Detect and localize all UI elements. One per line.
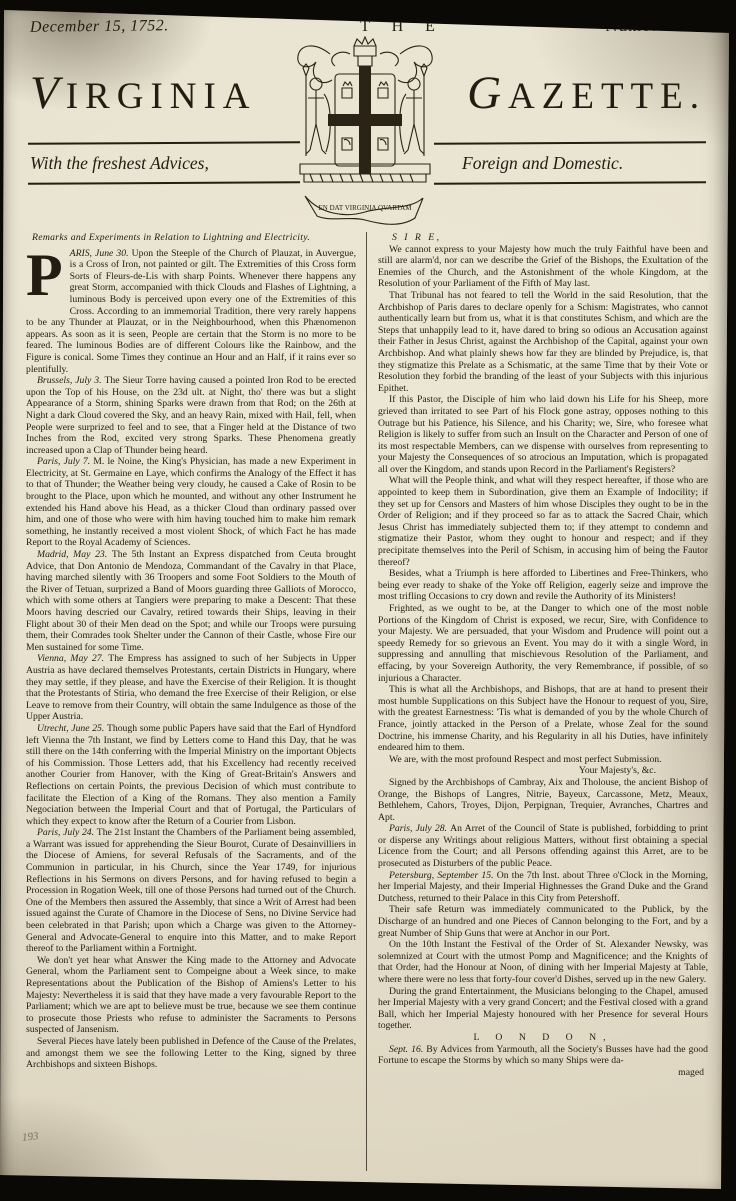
section-heading: Remarks and Experiments in Relation to L…	[26, 232, 356, 244]
dateline: Utrecht, June 25.	[37, 723, 107, 734]
paper-title-gazette: GAZETTE.	[434, 66, 706, 120]
dateline: Paris, July 7.	[37, 456, 93, 467]
paragraph: This is what all the Archbishops, and Bi…	[378, 684, 708, 754]
newspaper-page: December 15, 1752. T H E Numb. 101. VIRG…	[0, 0, 736, 1201]
page-header: December 15, 1752. T H E Numb. 101.	[30, 16, 696, 36]
tagline-left: With the freshest Advices,	[30, 153, 300, 174]
paragraph: On the 10th Instant the Festival of the …	[378, 939, 708, 985]
paragraph: If this Pastor, the Disciple of him who …	[378, 394, 708, 475]
paragraph: Paris, July 28. An Arret of the Council …	[378, 823, 708, 869]
rule-line	[434, 141, 706, 144]
paragraph: Brussels, July 3. The Sieur Torre having…	[26, 375, 356, 456]
left-column: Remarks and Experiments in Relation to L…	[26, 232, 366, 1171]
rule-line	[28, 181, 300, 184]
issue-number: Numb. 101.	[605, 16, 696, 36]
dropcap-letter: P	[26, 248, 70, 313]
catchword: maged	[378, 1067, 708, 1079]
masthead-right-block: GAZETTE. Foreign and Domestic.	[434, 42, 706, 184]
paragraph: During the grand Entertainment, the Musi…	[378, 986, 708, 1032]
paragraph: Vienna, May 27. The Empress has assigned…	[26, 653, 356, 723]
paragraph: Petersburg, September 15. On the 7th Ins…	[378, 870, 708, 905]
masthead-the: T H E	[330, 18, 444, 36]
dateline: Brussels, July 3.	[37, 375, 104, 386]
paragraph: Several Pieces have lately been publishe…	[26, 1036, 356, 1071]
paragraph: Madrid, May 23. The 5th Instant an Expre…	[26, 549, 356, 653]
dateline: Madrid, May 23.	[37, 549, 112, 560]
dateline: Vienna, May 27.	[37, 653, 108, 664]
issue-date: December 15, 1752.	[30, 17, 169, 36]
paragraph: Signed by the Archbishops of Cambray, Ai…	[378, 777, 708, 823]
masthead: VIRGINIA With the freshest Advices, GAZE…	[24, 42, 706, 230]
article-body: Remarks and Experiments in Relation to L…	[26, 232, 708, 1171]
dateline-heading: L O N D O N,	[378, 1032, 708, 1044]
right-column: S I R E,We cannot express to your Majest…	[366, 232, 708, 1171]
paragraph: We cannot express to your Majesty how mu…	[378, 244, 708, 290]
paragraph: PARIS, June 30. Upon the Steeple of the …	[26, 248, 356, 376]
paragraph: We don't yet hear what Answer the King m…	[26, 955, 356, 1036]
paragraph: Sept. 16. By Advices from Yarmouth, all …	[378, 1044, 708, 1067]
paragraph: Paris, July 7. M. le Noine, the King's P…	[26, 456, 356, 549]
paragraph: Paris, July 24. The 21st Instant the Cha…	[26, 827, 356, 955]
paragraph: Your Majesty's, &c.	[378, 765, 708, 777]
tagline-right: Foreign and Domestic.	[462, 153, 706, 174]
dateline: Petersburg, September 15.	[389, 870, 497, 881]
dateline: ARIS, June 30.	[70, 248, 132, 259]
dateline: Sept. 16.	[389, 1044, 426, 1055]
paragraph: Utrecht, June 25. Though some public Pap…	[26, 723, 356, 827]
paragraph: We are, with the most profound Respect a…	[378, 754, 708, 766]
paragraph: Besides, what a Triumph is here afforded…	[378, 568, 708, 603]
dateline: Paris, July 24.	[37, 827, 97, 838]
paragraph: S I R E,	[378, 232, 708, 244]
masthead-left-block: VIRGINIA With the freshest Advices,	[28, 42, 300, 184]
dateline: Paris, July 28.	[389, 823, 450, 834]
coat-of-arms: EN DAT VIRGINIA QVARTAM	[280, 36, 450, 236]
manuscript-page-mark: 193	[21, 1130, 39, 1144]
paragraph: Frighted, as we ought to be, at the Dang…	[378, 603, 708, 684]
crest-motto-text: EN DAT VIRGINIA QVARTAM	[319, 204, 413, 212]
paragraph: Their safe Return was immediately commun…	[378, 904, 708, 939]
paragraph: What will the People think, and what wil…	[378, 475, 708, 568]
rule-line	[434, 181, 706, 184]
paragraph: That Tribunal has not feared to tell the…	[378, 290, 708, 394]
rule-line	[28, 141, 300, 144]
paper-title-virginia: VIRGINIA	[30, 66, 300, 120]
